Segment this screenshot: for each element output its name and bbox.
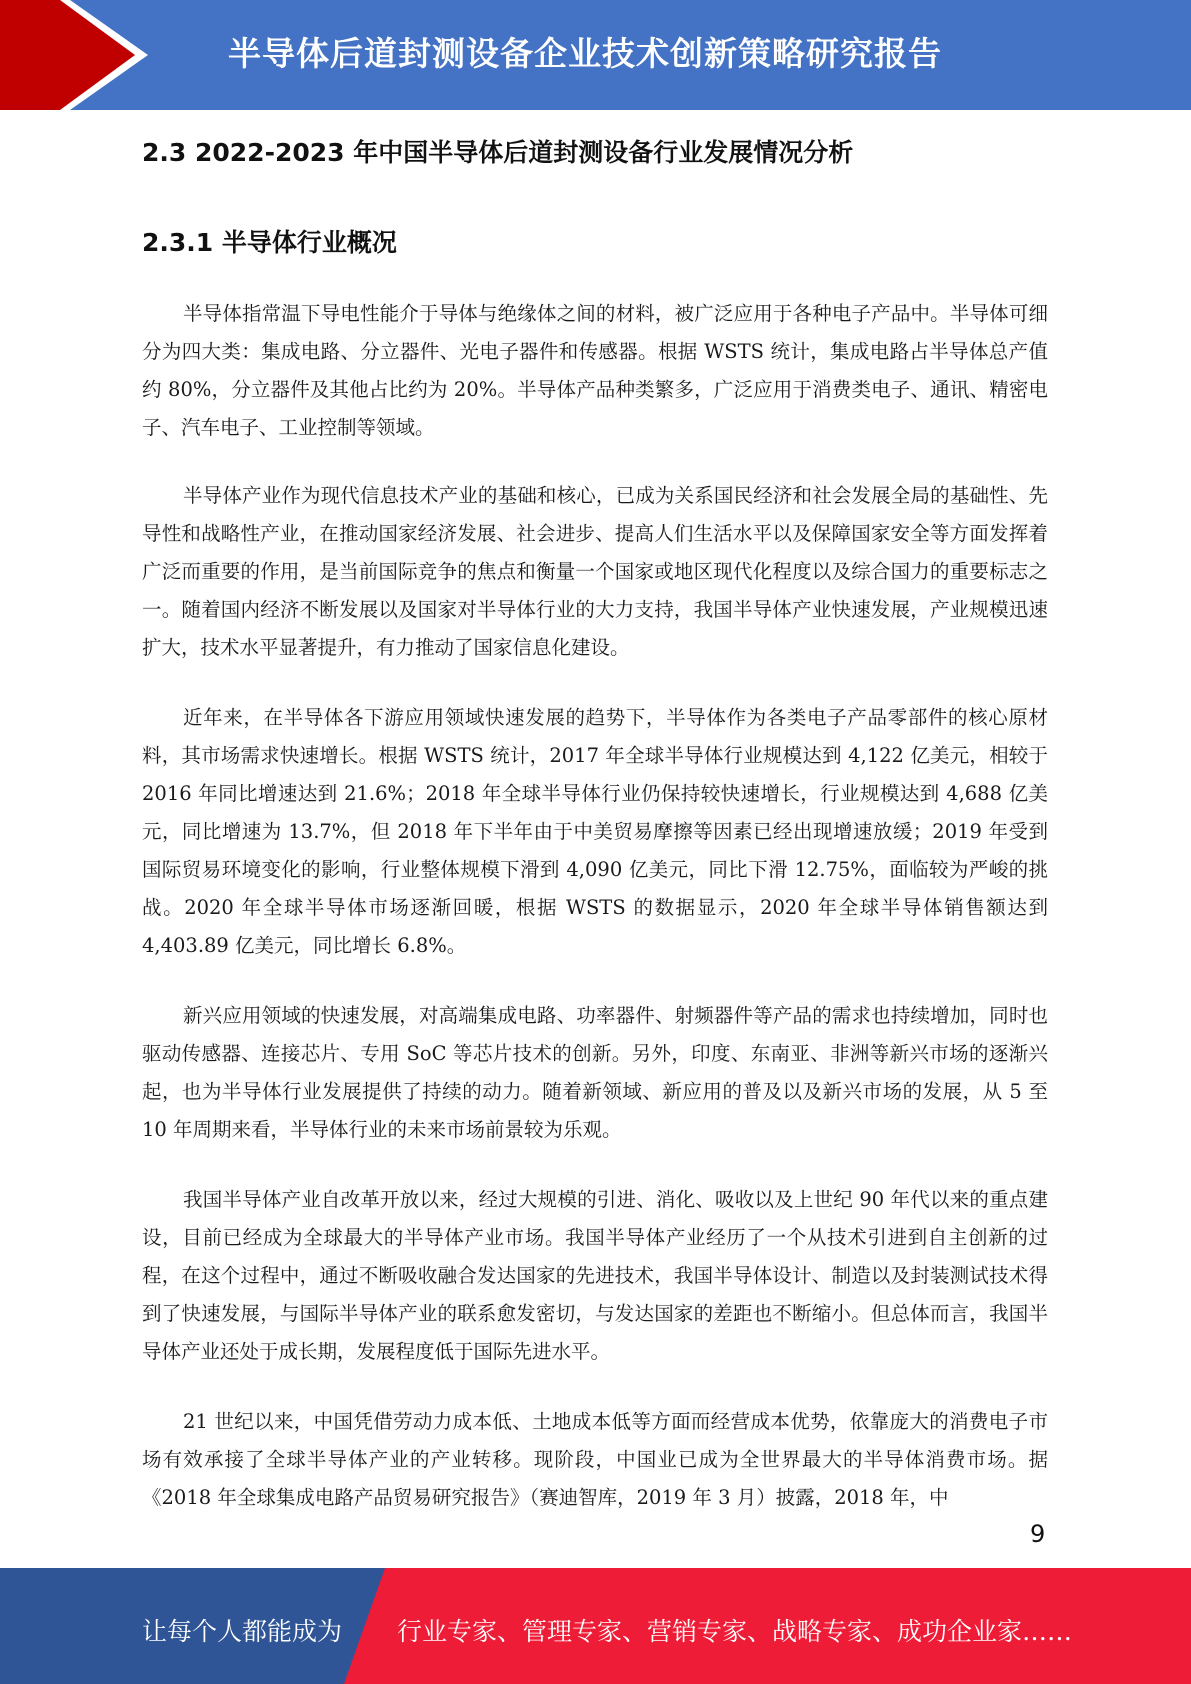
footer-slogan-left: 让每个人都能成为 [142, 1612, 342, 1648]
page-number: 9 [1030, 1520, 1045, 1548]
paragraph-5: 我国半导体产业自改革开放以来，经过大规模的引进、消化、吸收以及上世纪 90 年代… [142, 1181, 1048, 1371]
footer-slogan-right: 行业专家、管理专家、营销专家、战略专家、成功企业家…… [397, 1612, 1072, 1648]
paragraph-3: 近年来，在半导体各下游应用领域快速发展的趋势下，半导体作为各类电子产品零部件的核… [142, 699, 1048, 965]
paragraph-2: 半导体产业作为现代信息技术产业的基础和核心，已成为关系国民经济和社会发展全局的基… [142, 477, 1048, 667]
report-title: 半导体后道封测设备企业技术创新策略研究报告 [228, 28, 942, 75]
footer-banner: 让每个人都能成为 行业专家、管理专家、营销专家、战略专家、成功企业家…… [0, 1568, 1191, 1684]
paragraph-1: 半导体指常温下导电性能介于导体与绝缘体之间的材料，被广泛应用于各种电子产品中。半… [142, 295, 1048, 447]
paragraph-4: 新兴应用领域的快速发展，对高端集成电路、功率器件、射频器件等产品的需求也持续增加… [142, 997, 1048, 1149]
subsection-heading: 2.3.1 半导体行业概况 [142, 223, 397, 259]
report-header-banner: 半导体后道封测设备企业技术创新策略研究报告 [0, 0, 1191, 110]
paragraph-6: 21 世纪以来，中国凭借劳动力成本低、土地成本低等方面而经营成本优势，依靠庞大的… [142, 1403, 1048, 1517]
section-heading: 2.3 2022-2023 年中国半导体后道封测设备行业发展情况分析 [142, 133, 853, 169]
